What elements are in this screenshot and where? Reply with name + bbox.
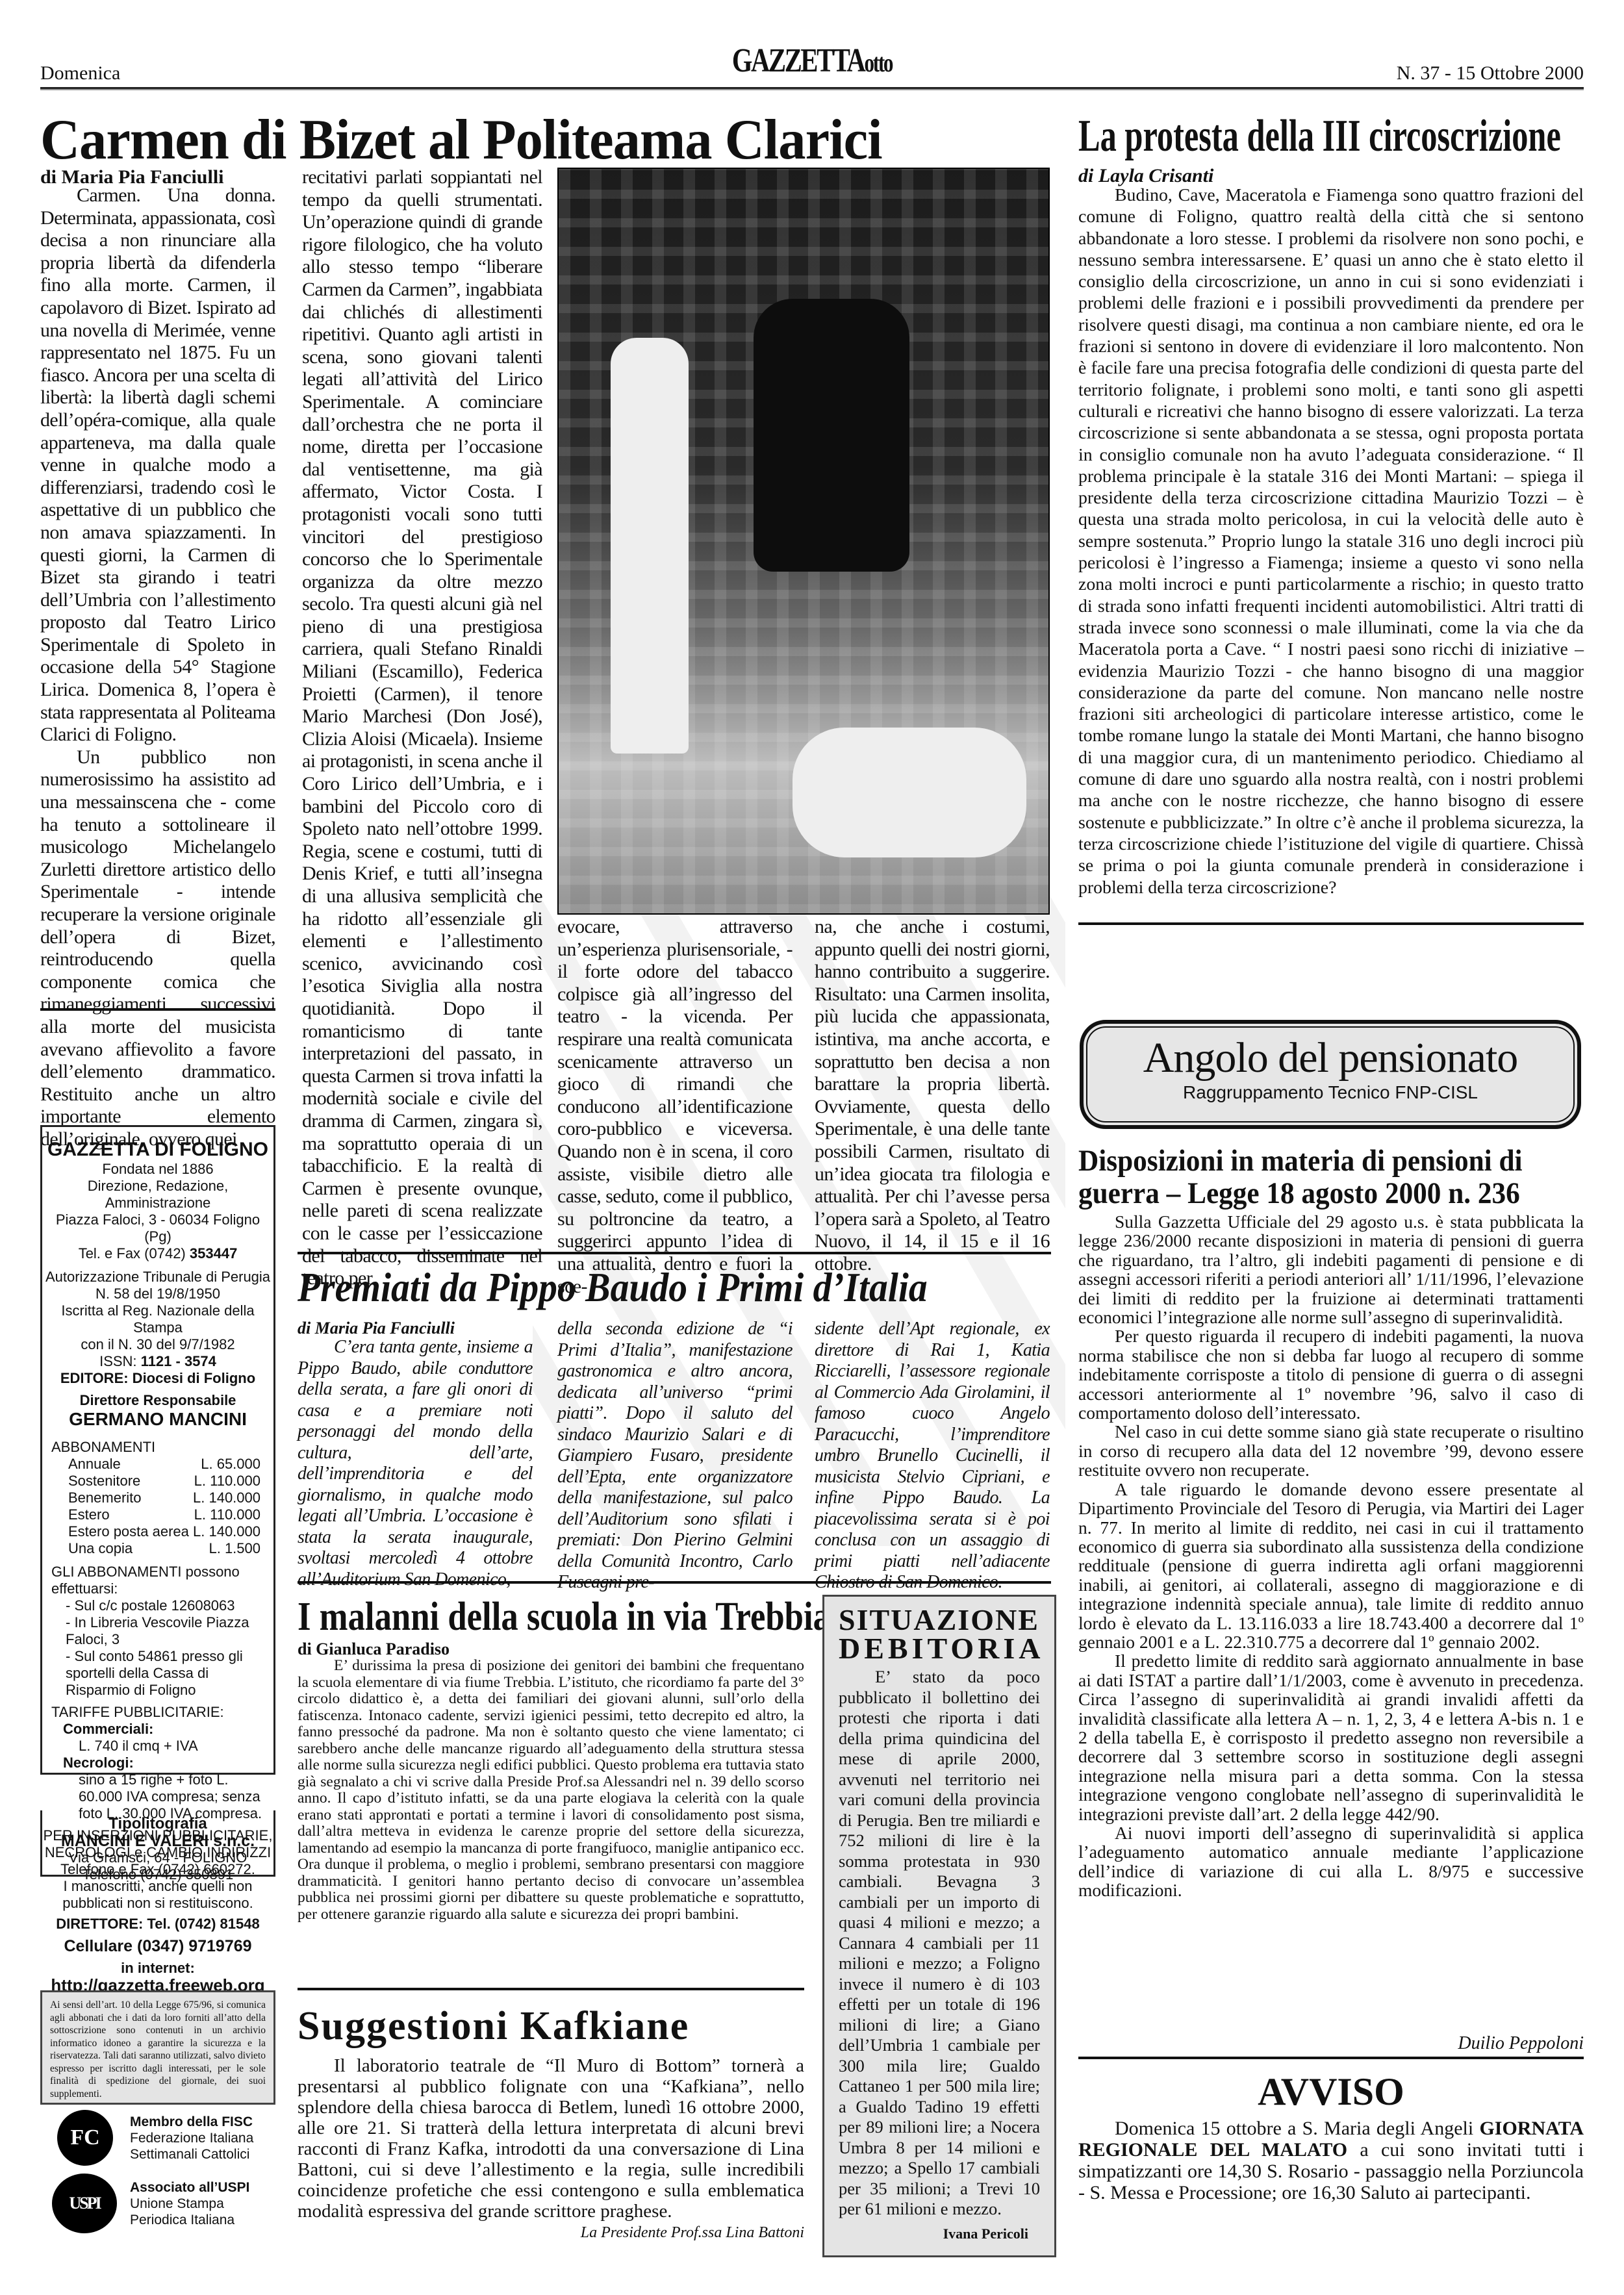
colophon-reg-2: con il N. 30 del 9/7/1982 <box>42 1336 273 1353</box>
carmen-col-4: na, che anche i costumi, appunto quelli … <box>815 916 1050 1276</box>
protesta-byline: di Layla Crisanti <box>1078 165 1213 187</box>
carmen-headline: Carmen di Bizet al Politeama Clarici <box>40 112 882 169</box>
payment-option: - Sul c/c postale 12608063 <box>42 1597 273 1614</box>
malanni-body: E’ durissima la presa di posizione dei g… <box>298 1658 804 1923</box>
colophon-phone: Tel. e Fax (0742) 353447 <box>42 1245 273 1262</box>
printer-name: MANCINI E VALERI s.n.c. <box>42 1832 273 1849</box>
payment-title: GLI ABBONAMENTI possono effettuarsi: <box>42 1564 273 1597</box>
angolo-banner: Angolo del pensionato Raggruppamento Tec… <box>1080 1020 1581 1129</box>
colophon-auth-1: Autorizzazione Tribunale di Perugia <box>42 1269 273 1286</box>
article-situazione: SITUAZIONE DEBITORIA E’ stato da poco pu… <box>822 1595 1056 2257</box>
carmen-col-1: Carmen. Una donna. Determinata, appassio… <box>40 184 275 1151</box>
avviso-body: Domenica 15 ottobre a S. Maria degli Ang… <box>1078 2118 1584 2203</box>
ads-necro-label: Necrologi: <box>42 1755 273 1771</box>
colophon-reg-1: Iscritta al Reg. Nazionale della Stampa <box>42 1302 273 1336</box>
ads-commercial-label: Commerciali: <box>42 1721 273 1738</box>
situazione-paragraph: E’ stato da poco pubblicato il bollettin… <box>839 1667 1040 2220</box>
printer-address: Via Gramsci, 64 - FOLIGNO <box>42 1849 273 1866</box>
subscription-row: SostenitoreL. 110.000 <box>42 1473 273 1490</box>
printer-box: Tipolitografia MANCINI E VALERI s.n.c. V… <box>40 1810 275 1877</box>
carmen-paragraph: recitativi parlati soppiantati nel tempo… <box>302 166 542 1290</box>
colophon-director-label: Direttore Responsabile <box>42 1392 273 1409</box>
subscription-row: Una copiaL. 1.500 <box>42 1540 273 1557</box>
masthead-title: GAZZETTAotto <box>179 42 1445 80</box>
printer-label: Tipolitografia <box>42 1816 273 1832</box>
situazione-headline-1: SITUAZIONE <box>839 1606 1040 1634</box>
fisc-logo-icon: FC <box>57 2110 113 2166</box>
colophon-director: GERMANO MANCINI <box>42 1409 273 1430</box>
colophon-issn: ISSN: 1121 - 3574 <box>42 1353 273 1370</box>
pensioni-paragraph: Per questo riguarda il recupero di indeb… <box>1078 1326 1584 1422</box>
premiati-col-3: sidente dell’Apt regionale, ex direttore… <box>815 1319 1050 1593</box>
payment-option: - Sul conto 54861 presso gli sportelli d… <box>42 1648 273 1699</box>
subscription-row: BenemeritoL. 140.000 <box>42 1490 273 1506</box>
uspi-logo-icon: USPI <box>52 2174 117 2233</box>
divider <box>298 1988 804 1990</box>
kafkiane-headline: Suggestioni Kafkiane <box>298 2006 689 2046</box>
colophon-editore: EDITORE: Diocesi di Foligno <box>42 1370 273 1387</box>
carmen-col-3: evocare, attraverso un’esperienza pluris… <box>557 916 793 1298</box>
pensioni-headline: Disposizioni in materia di pensioni di g… <box>1078 1145 1545 1210</box>
premiati-col-1: C’era tanta gente, insieme a Pippo Baudo… <box>298 1337 533 1590</box>
masthead-day: Domenica <box>40 62 120 84</box>
carmen-paragraph: evocare, attraverso un’esperienza pluris… <box>557 916 793 1298</box>
subscription-row: Estero posta aereaL. 140.000 <box>42 1523 273 1540</box>
divider <box>298 1252 1051 1254</box>
angolo-subtitle: Raggruppamento Tecnico FNP-CISL <box>1084 1082 1577 1103</box>
protesta-body: Budino, Cave, Maceratola e Fiamenga sono… <box>1078 184 1584 898</box>
ads-commercial: L. 740 il cmq + IVA <box>42 1738 273 1755</box>
internet-label: in internet: <box>42 1960 273 1977</box>
pensioni-signature: Duilio Peppoloni <box>1078 2033 1584 2054</box>
masthead-title-suffix: otto <box>865 48 893 77</box>
fisc-line-1: Federazione Italiana <box>130 2130 253 2146</box>
pensioni-paragraph: Sulla Gazzetta Ufficiale del 29 agosto u… <box>1078 1212 1584 1326</box>
pensioni-paragraph: A tale riguardo le domande devono essere… <box>1078 1480 1584 1652</box>
malanni-paragraph: E’ durissima la presa di posizione dei g… <box>298 1658 804 1923</box>
kafkiane-paragraph: Il laboratorio teatrale de “Il Muro di B… <box>298 2055 804 2222</box>
masthead-title-main: GAZZETTA <box>732 42 865 79</box>
angolo-title: Angolo del pensionato <box>1084 1035 1577 1081</box>
carmen-photo <box>557 168 1050 915</box>
uspi-membership: USPI Associato all’USPI Unione Stampa Pe… <box>52 2172 273 2235</box>
avviso-intro: Domenica 15 ottobre a S. Maria degli Ang… <box>1115 2118 1473 2139</box>
masthead-issue: N. 37 - 15 Ottobre 2000 <box>1397 62 1584 84</box>
masthead-rule <box>40 87 1584 90</box>
privacy-notice: Ai sensi dell’art. 10 della Legge 675/96… <box>40 1990 275 2105</box>
situazione-signature: Ivana Pericoli <box>943 2225 1028 2242</box>
carmen-paragraph: Un pubblico non numerosissimo ha assisti… <box>40 746 275 1151</box>
malanni-headline: I malanni della scuola in via Trebbia <box>298 1597 830 1637</box>
subscription-row: AnnualeL. 65.000 <box>42 1456 273 1473</box>
fisc-line-2: Settimanali Cattolici <box>130 2146 253 2162</box>
carmen-paragraph: Carmen. Una donna. Determinata, appassio… <box>40 184 275 746</box>
kafkiane-body: Il laboratorio teatrale de “Il Muro di B… <box>298 2055 804 2222</box>
protesta-paragraph: Budino, Cave, Maceratola e Fiamenga sono… <box>1078 184 1584 898</box>
colophon-auth-2: N. 58 del 19/8/1950 <box>42 1286 273 1302</box>
photo-figure-kneeling <box>793 728 1026 857</box>
premiati-byline: di Maria Pia Fanciulli <box>298 1319 455 1338</box>
subscription-row: EsteroL. 110.000 <box>42 1506 273 1523</box>
uspi-line-2: Periodica Italiana <box>130 2212 249 2228</box>
photo-figure-woman <box>611 338 689 754</box>
ads-title: TARIFFE PUBBLICITARIE: <box>42 1704 273 1721</box>
printer-phone: Telefono (0742) 350891 <box>42 1866 273 1883</box>
colophon-box: GAZZETTA DI FOLIGNO Fondata nel 1886 Dir… <box>40 1125 275 1775</box>
premiati-headline: Premiati da Pippo Baudo i Primi d’Italia <box>298 1267 928 1308</box>
fisc-title: Membro della FISC <box>130 2114 253 2130</box>
divider <box>1078 922 1584 925</box>
pensioni-paragraph: Nel caso in cui dette somme siano già st… <box>1078 1422 1584 1479</box>
kafkiane-signature: La Presidente Prof.ssa Lina Battoni <box>298 2224 804 2242</box>
cell-phone: Cellulare (0347) 9719769 <box>42 1938 273 1955</box>
colophon-founded: Fondata nel 1886 <box>42 1161 273 1178</box>
colophon-office: Direzione, Redazione, Amministrazione <box>42 1178 273 1211</box>
protesta-headline: La protesta della III circoscrizione <box>1078 114 1561 159</box>
colophon-address: Piazza Faloci, 3 - 06034 Foligno (Pg) <box>42 1211 273 1245</box>
premiati-paragraph: della seconda edizione de “i Primi d’Ita… <box>557 1319 793 1593</box>
avviso-headline: AVVISO <box>1078 2072 1584 2111</box>
pensioni-paragraph: Ai nuovi importi dell’assegno di superin… <box>1078 1823 1584 1900</box>
malanni-byline: di Gianluca Paradiso <box>298 1640 450 1659</box>
divider <box>1078 2057 1584 2059</box>
pensioni-body: Sulla Gazzetta Ufficiale del 29 agosto u… <box>1078 1212 1584 1900</box>
uspi-line-1: Unione Stampa <box>130 2196 249 2212</box>
photo-figure-man <box>754 299 909 572</box>
fisc-membership: FC Membro della FISC Federazione Italian… <box>57 2109 272 2167</box>
payment-option: - In Libreria Vescovile Piazza Faloci, 3 <box>42 1614 273 1648</box>
colophon-title: GAZZETTA DI FOLIGNO <box>42 1139 273 1161</box>
premiati-paragraph: C’era tanta gente, insieme a Pippo Baudo… <box>298 1337 533 1590</box>
premiati-paragraph: sidente dell’Apt regionale, ex direttore… <box>815 1319 1050 1593</box>
uspi-title: Associato all’USPI <box>130 2179 249 2196</box>
situazione-headline-2: DEBITORIA <box>839 1634 1040 1663</box>
pensioni-paragraph: Il predetto limite di reddito sarà aggio… <box>1078 1651 1584 1823</box>
premiati-col-2: della seconda edizione de “i Primi d’Ita… <box>557 1319 793 1593</box>
divider <box>298 1581 1051 1584</box>
carmen-paragraph: na, che anche i costumi, appunto quelli … <box>815 916 1050 1276</box>
divider <box>40 1008 275 1011</box>
carmen-col-2: recitativi parlati soppiantati nel tempo… <box>302 166 542 1290</box>
director-phone: DIRETTORE: Tel. (0742) 81548 <box>42 1916 273 1933</box>
subscriptions-title: ABBONAMENTI <box>42 1439 273 1456</box>
